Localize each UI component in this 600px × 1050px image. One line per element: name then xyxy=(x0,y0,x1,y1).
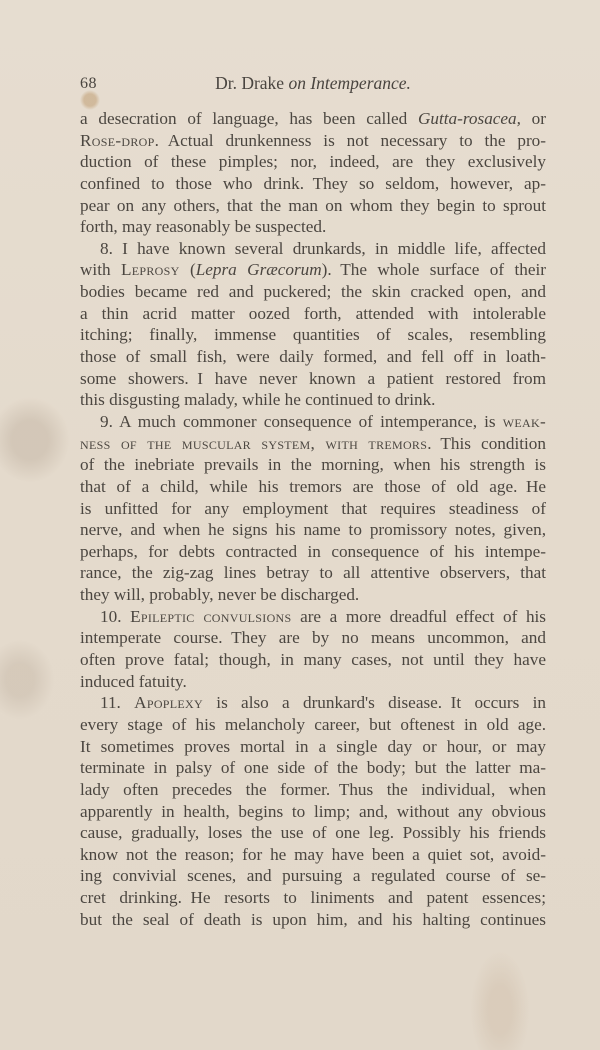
text-line: rance, the zig-zag lines betray to all a… xyxy=(80,562,546,584)
text-run: 11. xyxy=(100,693,134,712)
text-line: 8. I have known several drunkards, in mi… xyxy=(80,238,546,260)
text-run: terminate in palsy of one side of the bo… xyxy=(80,758,546,777)
text-run: pear on any others, that the man on whom… xyxy=(80,196,546,215)
text-run: often prove fatal; though, in many cases… xyxy=(80,650,546,669)
text-run: cret drinking. He resorts to liniments a… xyxy=(80,888,546,907)
text-run: a desecration of language, has been call… xyxy=(80,109,418,128)
text-run: forth, may reasonably be suspected. xyxy=(80,217,326,236)
text-line: 9. A much commoner consequence of intemp… xyxy=(80,411,546,433)
text-run: or xyxy=(521,109,546,128)
small-caps-term: ness of the muscular system, with tremor… xyxy=(80,434,432,453)
text-line: confined to those who drink. They so sel… xyxy=(80,173,546,195)
text-run: every stage of his melancholy career, bu… xyxy=(80,715,546,734)
text-run: know not the reason; for he may have bee… xyxy=(80,845,546,864)
book-page: 68 Dr. Drake on Intemperance. a desecrat… xyxy=(0,0,600,1050)
text-run: that of a child, while his tremors are t… xyxy=(80,477,546,496)
text-line: forth, may reasonably be suspected. xyxy=(80,216,546,238)
text-line: terminate in palsy of one side of the bo… xyxy=(80,757,546,779)
text-run: cause, gradually, loses the use of one l… xyxy=(80,823,546,842)
text-run: bodies became red and puckered; the skin… xyxy=(80,282,546,301)
text-line: 11. Apoplexy is also a drunkard's diseas… xyxy=(80,692,546,714)
text-line: cause, gradually, loses the use of one l… xyxy=(80,822,546,844)
text-run: itching; finally, immense quantities of … xyxy=(80,325,546,344)
text-line: every stage of his melancholy career, bu… xyxy=(80,714,546,736)
text-line: bodies became red and puckered; the skin… xyxy=(80,281,546,303)
text-line: a desecration of language, has been call… xyxy=(80,108,546,130)
text-run: but the seal of death is upon him, and h… xyxy=(80,910,546,929)
text-line: cret drinking. He resorts to liniments a… xyxy=(80,887,546,909)
text-line: induced fatuity. xyxy=(80,671,546,693)
text-line: intemperate course. They are by no means… xyxy=(80,627,546,649)
text-run: ). The whole surface of their xyxy=(322,260,546,279)
text-run: is unfitted for any employment that requ… xyxy=(80,499,546,518)
text-line: this disgusting malady, while he continu… xyxy=(80,389,546,411)
small-caps-term: weak- xyxy=(503,412,546,431)
text-line: 10. Epileptic convulsions are a more dre… xyxy=(80,606,546,628)
small-caps-term: Apoplexy xyxy=(134,693,203,712)
text-run: 8. I have known several drunkards, in mi… xyxy=(100,239,546,258)
running-head-author: Dr. Drake xyxy=(215,73,284,93)
text-run: It sometimes proves mortal in a single d… xyxy=(80,737,546,756)
text-line: often prove fatal; though, in many cases… xyxy=(80,649,546,671)
text-run: 10. xyxy=(100,607,130,626)
text-run: they will, probably, never be discharged… xyxy=(80,585,359,604)
text-run: This condition xyxy=(432,434,546,453)
text-run: ing convivial scenes, and pursuing a reg… xyxy=(80,866,546,885)
italic-term: Lepra Græcorum xyxy=(196,260,322,279)
text-run: induced fatuity. xyxy=(80,672,187,691)
text-line: perhaps, for debts contracted in consequ… xyxy=(80,541,546,563)
running-head: Dr. Drake on Intemperance. xyxy=(80,73,546,94)
small-caps-term: Rose-drop. xyxy=(80,131,159,150)
text-run: 9. A much commoner consequence of intemp… xyxy=(100,412,503,431)
text-line: duction of these pimples; nor, indeed, a… xyxy=(80,151,546,173)
text-run: this disgusting malady, while he continu… xyxy=(80,390,435,409)
text-run: Actual drunkenness is not necessary to t… xyxy=(159,131,546,150)
text-line: is unfitted for any employment that requ… xyxy=(80,498,546,520)
text-run: lady often precedes the former. Thus the… xyxy=(80,780,546,799)
text-line: It sometimes proves mortal in a single d… xyxy=(80,736,546,758)
text-run: with xyxy=(80,260,121,279)
text-line: itching; finally, immense quantities of … xyxy=(80,324,546,346)
text-line: apparently in health, begins to limp; an… xyxy=(80,801,546,823)
text-run: rance, the zig-zag lines betray to all a… xyxy=(80,563,546,582)
page-header: 68 Dr. Drake on Intemperance. xyxy=(80,73,546,97)
text-line: ness of the muscular system, with tremor… xyxy=(80,433,546,455)
text-line: they will, probably, never be discharged… xyxy=(80,584,546,606)
text-line: but the seal of death is upon him, and h… xyxy=(80,909,546,931)
text-line: those of small fish, were daily formed, … xyxy=(80,346,546,368)
text-run: perhaps, for debts contracted in consequ… xyxy=(80,542,546,561)
italic-term: Gutta-rosacea, xyxy=(418,109,521,128)
text-run: nerve, and when he signs his name to pro… xyxy=(80,520,546,539)
text-run: some showers. I have never known a patie… xyxy=(80,369,546,388)
text-line: know not the reason; for he may have bee… xyxy=(80,844,546,866)
text-line: nerve, and when he signs his name to pro… xyxy=(80,519,546,541)
body-text: a desecration of language, has been call… xyxy=(80,108,546,930)
text-line: of the inebriate prevails in the morning… xyxy=(80,454,546,476)
small-caps-term: Leprosy xyxy=(121,260,180,279)
text-run: is also a drunkard's disease. It occurs … xyxy=(203,693,546,712)
text-run: ( xyxy=(180,260,196,279)
text-run: are a more dreadful effect of his xyxy=(291,607,546,626)
text-run: of the inebriate prevails in the morning… xyxy=(80,455,546,474)
text-line: a thin acrid matter oozed forth, attende… xyxy=(80,303,546,325)
small-caps-term: Epileptic convulsions xyxy=(130,607,291,626)
text-run: intemperate course. They are by no means… xyxy=(80,628,546,647)
text-line: ing convivial scenes, and pursuing a reg… xyxy=(80,865,546,887)
text-run: confined to those who drink. They so sel… xyxy=(80,174,546,193)
text-line: pear on any others, that the man on whom… xyxy=(80,195,546,217)
text-line: with Leprosy (Lepra Græcorum). The whole… xyxy=(80,259,546,281)
text-run: a thin acrid matter oozed forth, attende… xyxy=(80,304,546,323)
text-line: Rose-drop. Actual drunkenness is not nec… xyxy=(80,130,546,152)
text-run: apparently in health, begins to limp; an… xyxy=(80,802,546,821)
running-head-title: on Intemperance. xyxy=(288,73,410,93)
text-run: those of small fish, were daily formed, … xyxy=(80,347,546,366)
text-run: duction of these pimples; nor, indeed, a… xyxy=(80,152,546,171)
text-line: lady often precedes the former. Thus the… xyxy=(80,779,546,801)
text-line: that of a child, while his tremors are t… xyxy=(80,476,546,498)
text-line: some showers. I have never known a patie… xyxy=(80,368,546,390)
